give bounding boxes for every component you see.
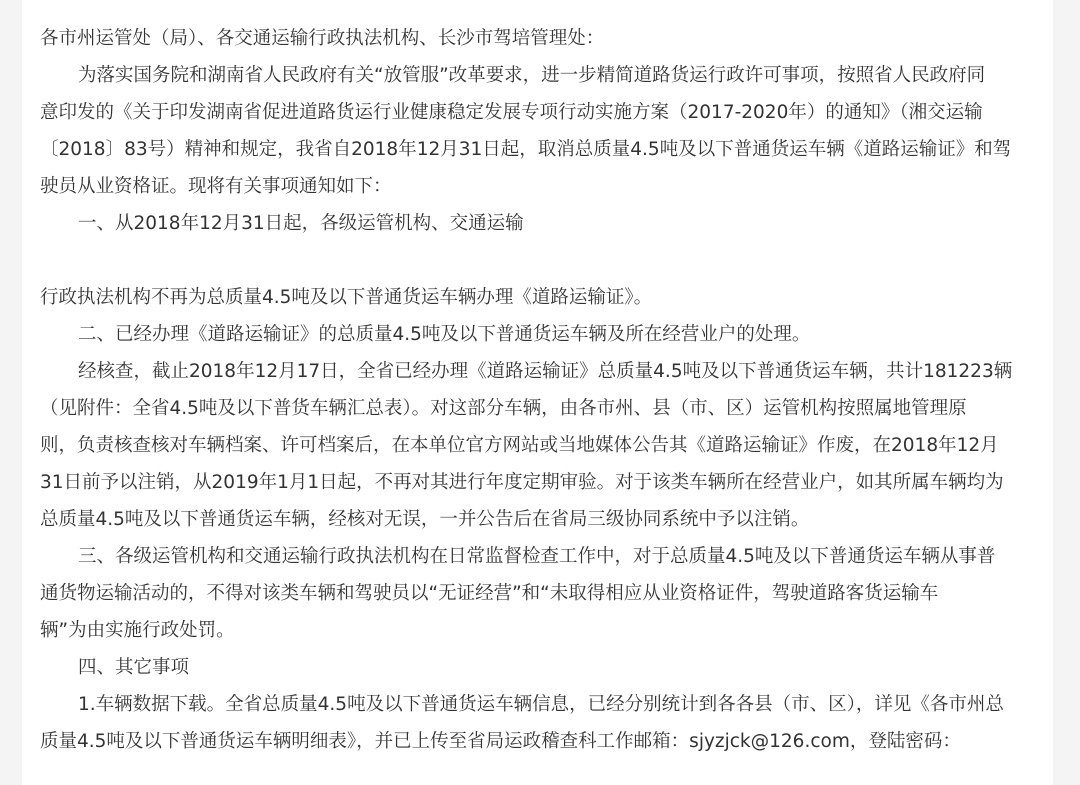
paragraph-line: 为落实国务院和湖南省人民政府有关“放管服”改革要求，进一步精简道路货运行政许可事… [40,57,1000,94]
section-one-heading: 一、从2018年12月31日起，各级运管机构、交通运输 [40,205,1000,242]
paragraph-line: 1.车辆数据下载。全省总质量4.5吨及以下普通货运车辆信息，已经分别统计到各各县… [40,686,1000,723]
paragraph-line: 驶员从业资格证。现将有关事项通知如下： [40,168,1000,205]
paragraph-line: 通货物运输活动的，不得对该类车辆和驾驶员以“无证经营”和“未取得相应从业资格证件… [40,575,1000,612]
notice-body: 各市州运管处（局）、各交通运输行政执法机构、长沙市驾培管理处： 为落实国务院和湖… [40,20,1000,760]
paragraph-line: 〔2018〕83号）精神和规定，我省自2018年12月31日起，取消总质量4.5… [40,131,1000,168]
paragraph-line: 经核查，截止2018年12月17日，全省已经办理《道路运输证》总质量4.5吨及以… [40,353,1000,390]
paragraph-line: 行政执法机构不再为总质量4.5吨及以下普通货运车辆办理《道路运输证》。 [40,279,1000,316]
salutation: 各市州运管处（局）、各交通运输行政执法机构、长沙市驾培管理处： [40,20,1000,57]
paragraph-line: 意印发的《关于印发湖南省促进道路货运行业健康稳定发展专项行动实施方案（2017-… [40,94,1000,131]
paragraph-line: 质量4.5吨及以下普通货运车辆明细表》，并已上传至省局运政稽查科工作邮箱：sjy… [40,723,1000,760]
paragraph-line: 31日前予以注销，从2019年1月1日起，不再对其进行年度定期审验。对于该类车辆… [40,464,1000,501]
paragraph-line: 总质量4.5吨及以下普通货运车辆，经核对无误，一并公告后在省局三级协同系统中予以… [40,501,1000,538]
paragraph-line: （见附件：全省4.5吨及以下普货车辆汇总表）。对这部分车辆，由各市州、县（市、区… [40,390,1000,427]
paragraph-line: 辆”为由实施行政处罚。 [40,612,1000,649]
section-three-heading: 三、各级运管机构和交通运输行政执法机构在日常监督检查工作中，对于总质量4.5吨及… [40,538,1000,575]
document-page: 各市州运管处（局）、各交通运输行政执法机构、长沙市驾培管理处： 为落实国务院和湖… [22,0,1053,785]
paragraph-line: 则，负责核查核对车辆档案、许可档案后，在本单位官方网站或当地媒体公告其《道路运输… [40,427,1000,464]
section-two-heading: 二、已经办理《道路运输证》的总质量4.5吨及以下普通货运车辆及所在经营业户的处理… [40,316,1000,353]
section-four-heading: 四、其它事项 [40,649,1000,686]
blank-gap [40,242,1000,279]
